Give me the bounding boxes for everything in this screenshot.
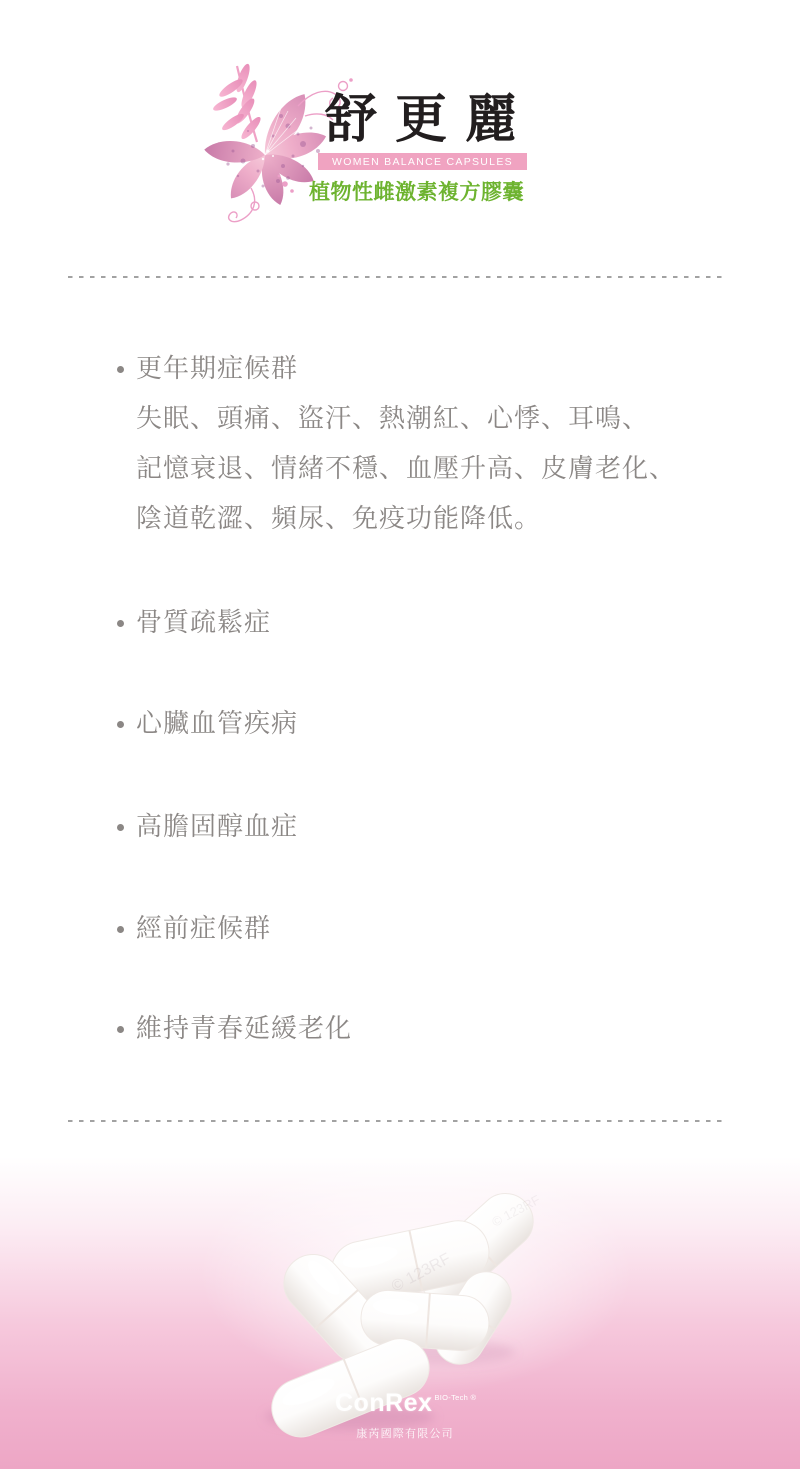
benefit-label: 更年期症候群 [136, 355, 676, 382]
bullet-dot-icon [117, 366, 124, 373]
capsule [359, 1289, 491, 1353]
dotted-divider-top [68, 276, 728, 278]
benefit-item: 經前症候群 [117, 915, 271, 942]
bullet-dot-icon [117, 824, 124, 831]
dotted-divider-bottom [68, 1120, 728, 1122]
conrex-logo: ConRexBIO-Tech ® 康芮國際有限公司 [335, 1390, 475, 1441]
benefit-label: 骨質疏鬆症 [136, 609, 271, 636]
company-name: 康芮國際有限公司 [335, 1425, 475, 1441]
benefit-item: 高膽固醇血症 [117, 813, 298, 840]
benefit-label: 經前症候群 [136, 915, 271, 942]
stem-and-leaves [212, 62, 264, 142]
brand-tagline: BIO-Tech ® [434, 1393, 476, 1402]
benefit-item: 維持青春延緩老化 [117, 1015, 352, 1042]
benefit-item: 更年期症候群 失眠、頭痛、盜汗、熱潮紅、心悸、耳鳴、 記憶衰退、情緒不穩、血壓升… [117, 355, 676, 532]
bullet-dot-icon [117, 926, 124, 933]
bullet-dot-icon [117, 721, 124, 728]
benefit-detail-line: 記憶衰退、情緒不穩、血壓升高、皮膚老化、 [136, 455, 676, 482]
bullet-dot-icon [117, 620, 124, 627]
product-subtitle: 植物性雌激素複方膠囊 [309, 179, 529, 205]
benefit-item: 心臟血管疾病 [117, 710, 298, 737]
brand-name: ConRex [335, 1389, 432, 1417]
benefit-label: 維持青春延緩老化 [136, 1015, 352, 1042]
benefit-item: 骨質疏鬆症 [117, 609, 271, 636]
banner-label: WOMEN BALANCE CAPSULES [332, 156, 513, 168]
benefit-label: 心臟血管疾病 [136, 710, 298, 737]
benefit-detail-line: 失眠、頭痛、盜汗、熱潮紅、心悸、耳鳴、 [136, 405, 676, 432]
benefit-label: 高膽固醇血症 [136, 813, 298, 840]
footer-section: © 123RF © 123RF ConRexBIO-Tech ® 康芮國際有限公… [0, 1130, 800, 1469]
page-root: 舒更麗 WOMEN BALANCE CAPSULES 植物性雌激素複方膠囊 更年… [0, 0, 800, 1469]
bullet-dot-icon [117, 1026, 124, 1033]
product-title: 舒更麗 [325, 90, 535, 152]
benefit-detail-line: 陰道乾澀、頻尿、免疫功能降低。 [136, 505, 676, 532]
